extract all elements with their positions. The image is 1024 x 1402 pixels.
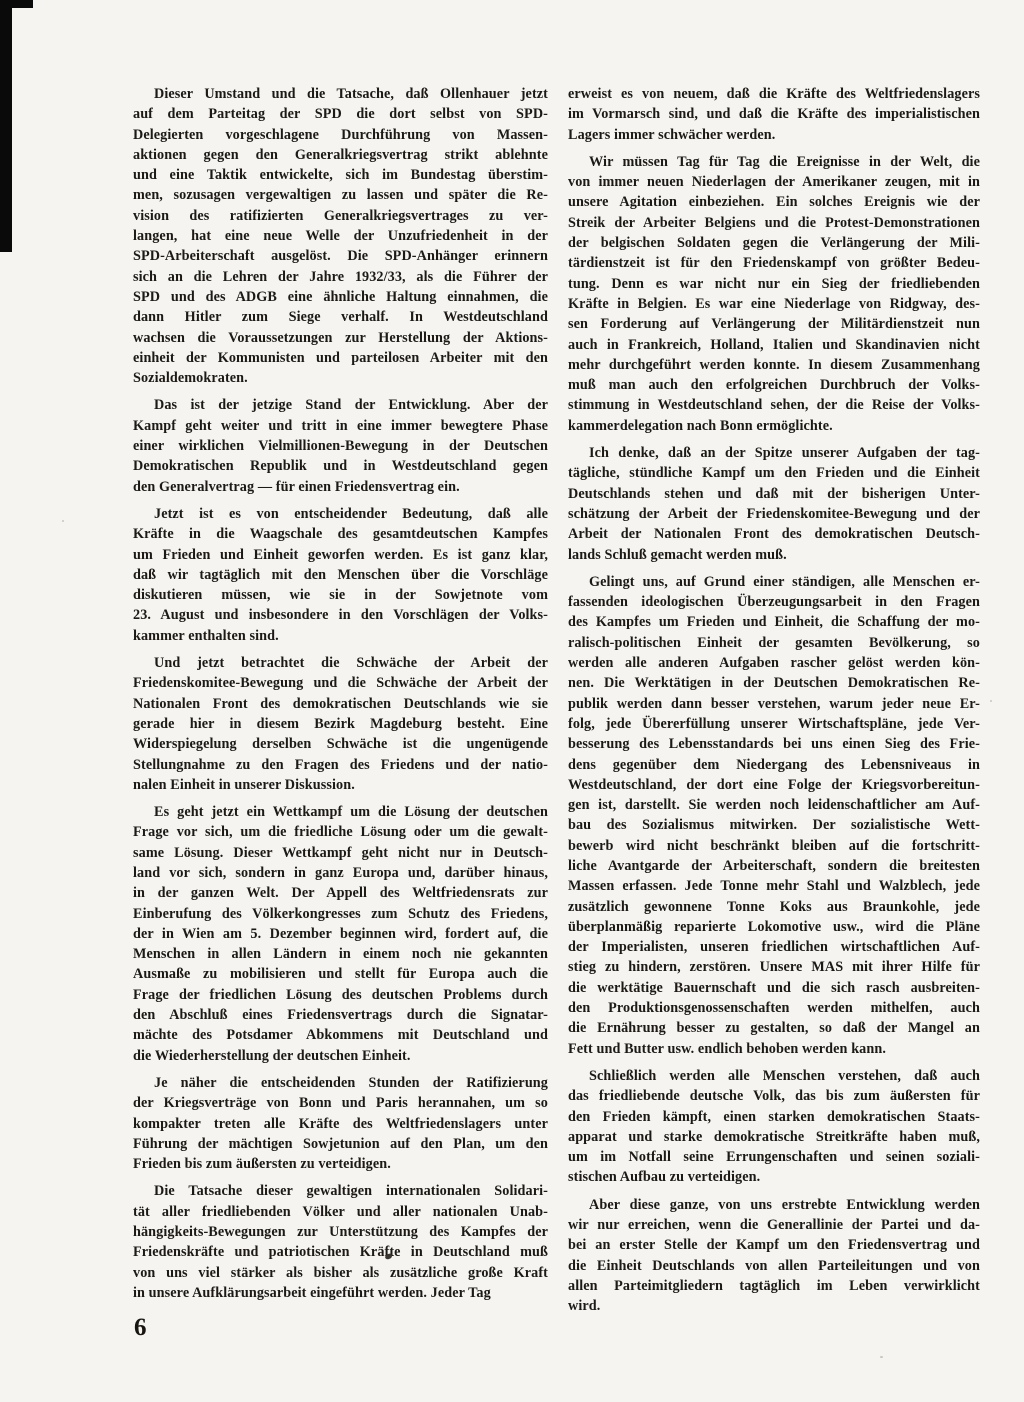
text-line: land vor sich, sondern in ganz Europa un… — [133, 863, 548, 883]
text-line: wir nur erreichen, wenn die Generallinie… — [568, 1215, 980, 1235]
scan-speck — [880, 1356, 883, 1358]
text-line: men, sozusagen vergewaltigen zu lassen u… — [133, 185, 548, 205]
text-line: um Frieden und Einheit geworfen werden. … — [133, 545, 548, 565]
text-line: Fett und Butter usw. endlich behoben wer… — [568, 1039, 980, 1059]
text-line: liche Avantgarde der Arbeiterschaft, son… — [568, 856, 980, 876]
text-line: mächte des Potsdamer Abkommens mit Deuts… — [133, 1025, 548, 1045]
text-line: Massen erfassen. Jede Tonne mehr Stahl u… — [568, 876, 980, 896]
text-line: kompakter treten alle Kräfte des Weltfri… — [133, 1114, 548, 1134]
paragraph: Dieser Umstand und die Tatsache, daß Oll… — [133, 84, 548, 388]
text-line: werden alle anderen Aufgaben rascher gel… — [568, 653, 980, 673]
text-line: in der ganzen Welt. Der Appell des Weltf… — [133, 883, 548, 903]
text-line: Und jetzt betrachtet die Schwäche der Ar… — [133, 653, 548, 673]
scan-speck — [990, 700, 992, 702]
text-line: überplanmäßig reparierte Lokomotive usw.… — [568, 917, 980, 937]
text-line: SPD und des ADGB eine ähnliche Haltung e… — [133, 287, 548, 307]
text-line: bau des Sozialismus mitwirken. Der sozia… — [568, 815, 980, 835]
paragraph: Gelingt uns, auf Grund einer ständigen, … — [568, 572, 980, 1059]
text-line: die werktätige Bauernschaft und die sich… — [568, 978, 980, 998]
text-line: Demokratischen Republik und in Westdeuts… — [133, 456, 548, 476]
text-line: wird. — [568, 1296, 980, 1316]
text-line: von immer neuen Niederlagen der Amerikan… — [568, 172, 980, 192]
text-line: Einberufung des Völkerkongresses zum Sch… — [133, 904, 548, 924]
text-line: um im Notfall seine Errungenschaften und… — [568, 1147, 980, 1167]
text-line: hängigkeits-Bewegungen zur Unterstützung… — [133, 1222, 548, 1242]
text-line: Friedenskomitee-Bewegung und die Schwäch… — [133, 673, 548, 693]
text-line: kammerdelegation nach Bonn ermöglichte. — [568, 416, 980, 436]
text-line: schätzung der Arbeit der Friedenskomitee… — [568, 504, 980, 524]
text-line: Die Tatsache dieser gewaltigen internati… — [133, 1181, 548, 1201]
text-line: Widerspiegelung derselben Schwäche ist d… — [133, 734, 548, 754]
text-line: besserung des Lebensstandards bei uns ei… — [568, 734, 980, 754]
text-line: Dieser Umstand und die Tatsache, daß Oll… — [133, 84, 548, 104]
text-line: auch in Frankreich, Holland, Italien und… — [568, 335, 980, 355]
text-line: Kräfte in die Waagschale des gesamtdeuts… — [133, 524, 548, 544]
text-line: im Vormarsch sind, und daß die Kräfte de… — [568, 104, 980, 124]
text-line: den Produktionsgenossenschaften werden m… — [568, 998, 980, 1018]
text-line: gen ist, darstellt. Sie werden noch leid… — [568, 795, 980, 815]
text-line: Nationalen Front des demokratischen Deut… — [133, 694, 548, 714]
text-line: einer wirklichen Vielmillionen-Bewegung … — [133, 436, 548, 456]
text-line: Frage der friedlichen Lösung des deutsch… — [133, 985, 548, 1005]
text-line: einheit der Kommunisten und parteilosen … — [133, 348, 548, 368]
text-line: tät aller friedliebenden Völker und alle… — [133, 1202, 548, 1222]
text-line: Schließlich werden alle Menschen versteh… — [568, 1066, 980, 1086]
text-line: diskutieren müssen, wie sie in der Sowje… — [133, 585, 548, 605]
text-line: Aber diese ganze, von uns erstrebte Entw… — [568, 1195, 980, 1215]
text-line: fassenden ideologischen Überzeugungsarbe… — [568, 592, 980, 612]
text-line: folg, jede Übererfüllung unserer Wirtsch… — [568, 714, 980, 734]
text-line: der in Wien am 5. Dezember beginnen wird… — [133, 924, 548, 944]
text-line: gerade hier in diesem Bezirk Magdeburg b… — [133, 714, 548, 734]
text-line: muß man auch den erfolgreichen Durchbruc… — [568, 375, 980, 395]
text-line: Menschen in allen Ländern in einem noch … — [133, 944, 548, 964]
paragraph: Es geht jetzt ein Wettkampf um die Lösun… — [133, 802, 548, 1066]
text-line: Kampf geht weiter und tritt in eine imme… — [133, 416, 548, 436]
text-line: das friedliebende deutsche Volk, das bis… — [568, 1086, 980, 1106]
scan-speck — [62, 520, 64, 522]
paragraph: Das ist der jetzige Stand der Entwicklun… — [133, 395, 548, 496]
paragraph: Jetzt ist es von entscheidender Bedeutun… — [133, 504, 548, 646]
text-line: same Lösung. Dieser Wettkampf geht nicht… — [133, 843, 548, 863]
text-line: erweist es von neuem, daß die Kräfte des… — [568, 84, 980, 104]
text-line: bewerb wird nicht beschränkt bleiben auf… — [568, 836, 980, 856]
paragraph: Aber diese ganze, von uns erstrebte Entw… — [568, 1195, 980, 1317]
text-line: Ausmaße zu mobilisieren und stellt für E… — [133, 964, 548, 984]
text-line: Friedenskräfte und patriotischen Kräfte … — [133, 1242, 548, 1262]
scan-artifact-corner — [0, 0, 33, 8]
text-line: die Einheit Deutschlands von allen Parte… — [568, 1256, 980, 1276]
text-line: der belgischen Soldaten gegen die Verlän… — [568, 233, 980, 253]
text-line: zusätzlich gewonnene Tonne Koks aus Brau… — [568, 897, 980, 917]
text-line: Arbeit der Nationalen Front des demokrat… — [568, 524, 980, 544]
text-line: der Imperialisten, unseren friedlichen w… — [568, 937, 980, 957]
text-line: Frieden bis zum äußersten zu verteidigen… — [133, 1154, 548, 1174]
text-line: und eine Taktik entwickelte, sich im Bun… — [133, 165, 548, 185]
text-line: Führung der mächtigen Sowjetunion auf de… — [133, 1134, 548, 1154]
text-line: Kräfte in Belgien. Es war eine Niederlag… — [568, 294, 980, 314]
paragraph: Schließlich werden alle Menschen versteh… — [568, 1066, 980, 1188]
text-line: wachsen die Voraussetzungen zur Herstell… — [133, 328, 548, 348]
text-line: von uns viel stärker als bisher als zusä… — [133, 1263, 548, 1283]
text-line: tärdienstzeit ist für den Friedenskampf … — [568, 253, 980, 273]
text-line: langen, hat eine neue Welle der Unzufrie… — [133, 226, 548, 246]
text-line: Deutschlands stehen und daß mit der bish… — [568, 484, 980, 504]
text-line: Delegierten vorgeschlagene Durchführung … — [133, 125, 548, 145]
text-line: nalen Einheit in unserer Diskussion. — [133, 775, 548, 795]
text-line: allen Parteimitgliedern tagtäglich im Le… — [568, 1276, 980, 1296]
text-line: Ich denke, daß an der Spitze unserer Auf… — [568, 443, 980, 463]
text-line: apparat und starke demokratische Streitk… — [568, 1127, 980, 1147]
text-line: sich an die Lehren der Jahre 1932/33, al… — [133, 267, 548, 287]
text-line: der Kriegsverträge von Bonn und Paris he… — [133, 1093, 548, 1113]
paragraph: Und jetzt betrachtet die Schwäche der Ar… — [133, 653, 548, 795]
page-number: 6 — [134, 1314, 147, 1342]
text-line: sen Forderung auf Verlängerung der Milit… — [568, 314, 980, 334]
paragraph: Wir müssen Tag für Tag die Ereignisse in… — [568, 152, 980, 436]
paragraph: Ich denke, daß an der Spitze unserer Auf… — [568, 443, 980, 565]
text-line: stimmung in Westdeutschland sehen, der d… — [568, 395, 980, 415]
text-line: vision des ratifizierten Generalkriegsve… — [133, 206, 548, 226]
text-line: den Generalvertrag — für einen Friedensv… — [133, 477, 548, 497]
left-text-column: Dieser Umstand und die Tatsache, daß Oll… — [133, 84, 548, 1310]
text-line: Stellungnahme zu den Fragen des Friedens… — [133, 755, 548, 775]
text-line: stischen Aufbau zu verteidigen. — [568, 1167, 980, 1187]
text-line: nen. Die Werktätigen in der Deutschen De… — [568, 673, 980, 693]
text-line: dann Hitler zum Siege verhalf. In Westde… — [133, 307, 548, 327]
scanned-document-page: Dieser Umstand und die Tatsache, daß Oll… — [0, 0, 1024, 1402]
paragraph: erweist es von neuem, daß die Kräfte des… — [568, 84, 980, 145]
text-line: stieg zu hindern, zerstören. Unsere MAS … — [568, 957, 980, 977]
text-line: Das ist der jetzige Stand der Entwicklun… — [133, 395, 548, 415]
text-line: den Abschluß eines Friedensvertrags durc… — [133, 1005, 548, 1025]
text-line: Lagers immer schwächer werden. — [568, 125, 980, 145]
text-line: Je näher die entscheidenden Stunden der … — [133, 1073, 548, 1093]
text-line: des Kampfes um Frieden und Einheit, die … — [568, 612, 980, 632]
text-line: tung. Denn es war nicht nur ein Sieg der… — [568, 274, 980, 294]
text-line: tägliche, stündliche Kampf um den Friede… — [568, 463, 980, 483]
text-line: unsere Agitation einbeziehen. Ein solche… — [568, 192, 980, 212]
text-line: ralisch-politischen Einheit der gesamten… — [568, 633, 980, 653]
text-line: Sozialdemokraten. — [133, 368, 548, 388]
text-line: publik werden dann besser verstehen, war… — [568, 694, 980, 714]
text-line: lands Schluß gemacht werden muß. — [568, 545, 980, 565]
text-line: SPD-Arbeiterschaft ausgelöst. Die SPD-An… — [133, 246, 548, 266]
text-line: Westdeutschland, der dort eine Folge der… — [568, 775, 980, 795]
paragraph: Je näher die entscheidenden Stunden der … — [133, 1073, 548, 1174]
scan-artifact-left-bar — [0, 0, 12, 252]
text-line: Wir müssen Tag für Tag die Ereignisse in… — [568, 152, 980, 172]
text-line: Es geht jetzt ein Wettkampf um die Lösun… — [133, 802, 548, 822]
text-line: die Ernährung besser zu gestalten, so da… — [568, 1018, 980, 1038]
text-line: in unsere Aufklärungsarbeit eingeführt w… — [133, 1283, 548, 1303]
text-line: Streik der Arbeiter Belgiens und die Pro… — [568, 213, 980, 233]
text-line: bei an erster Stelle der Kampf um den Fr… — [568, 1235, 980, 1255]
text-line: kammer enthalten sind. — [133, 626, 548, 646]
text-line: Jetzt ist es von entscheidender Bedeutun… — [133, 504, 548, 524]
text-line: den Frieden kämpft, einen starken demokr… — [568, 1107, 980, 1127]
text-line: aktionen gegen den Generalkriegsvertrag … — [133, 145, 548, 165]
text-line: Frage vor sich, um die friedliche Lösung… — [133, 822, 548, 842]
text-line: mehr durchgeführt werden konnte. In dies… — [568, 355, 980, 375]
text-line: Gelingt uns, auf Grund einer ständigen, … — [568, 572, 980, 592]
text-line: die Wiederherstellung der deutschen Einh… — [133, 1046, 548, 1066]
text-line: auf dem Parteitag der SPD die dort selbs… — [133, 104, 548, 124]
paragraph: Die Tatsache dieser gewaltigen internati… — [133, 1181, 548, 1303]
right-text-column: erweist es von neuem, daß die Kräfte des… — [568, 84, 980, 1324]
text-line: daß wir tagtäglich mit den Menschen über… — [133, 565, 548, 585]
text-line: 23. August und insbesondere in den Vorsc… — [133, 605, 548, 625]
text-line: dens gegenüber dem Niedergang des Lebens… — [568, 755, 980, 775]
